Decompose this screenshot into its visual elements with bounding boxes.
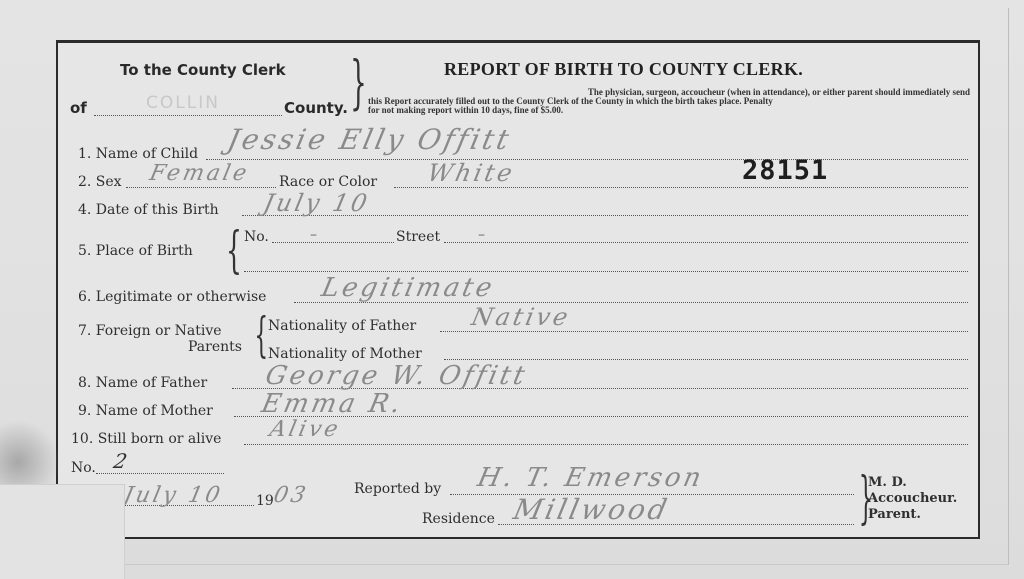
house-number-value: – <box>310 227 317 243</box>
mother-nationality-label: Nationality of Mother <box>268 346 422 362</box>
sex-line <box>126 187 276 188</box>
record-number-label: No. <box>71 460 96 476</box>
place-brace: { <box>226 225 242 275</box>
overlapping-paper-corner <box>0 484 125 579</box>
sex-value: Female <box>147 161 251 186</box>
reported-by-value: H. T. Emerson <box>475 463 707 493</box>
county-line <box>94 115 282 116</box>
report-title: REPORT OF BIRTH TO COUNTY CLERK. <box>444 59 803 80</box>
still-born-line <box>244 444 968 445</box>
place-second-line <box>244 271 968 272</box>
residence-label: Residence <box>422 511 495 527</box>
race-value: White <box>425 159 518 187</box>
still-born-label: 10. Still born or alive <box>71 431 221 447</box>
street-value: – <box>478 227 485 243</box>
report-date-value: July 10 <box>121 483 225 508</box>
header-brace: } <box>350 53 367 111</box>
race-line <box>394 187 968 188</box>
of-label: of <box>70 99 87 117</box>
to-county-clerk-label: To the County Clerk <box>120 61 286 79</box>
place-of-birth-label: 5. Place of Birth <box>78 243 193 259</box>
father-nationality-label: Nationality of Father <box>268 318 416 334</box>
reported-by-label: Reported by <box>354 481 441 497</box>
still-born-value: Alive <box>267 417 343 442</box>
father-nationality-value: Native <box>469 303 573 331</box>
mother-name-value: Emma R. <box>259 389 406 419</box>
house-number-label: No. <box>244 229 269 245</box>
father-name-label: 8. Name of Father <box>78 375 207 391</box>
year-suffix-value: 03 <box>271 483 310 508</box>
role-parent: Parent. <box>868 507 921 522</box>
street-label: Street <box>396 229 440 245</box>
birth-report-form: To the County Clerk of COLLIN County. } … <box>56 40 980 539</box>
record-number-line <box>96 473 224 474</box>
residence-value: Millwood <box>510 493 672 526</box>
child-name-line <box>206 159 968 160</box>
legitimate-label: 6. Legitimate or otherwise <box>78 289 266 305</box>
child-name-value: Jessie Elly Offitt <box>224 123 514 156</box>
race-label: Race or Color <box>279 174 377 190</box>
parents-label-line-2: Parents <box>188 339 242 355</box>
street-line <box>444 242 968 243</box>
parents-label-line-1: 7. Foreign or Native <box>78 323 222 339</box>
child-name-label: 1. Name of Child <box>78 146 198 162</box>
sex-label: 2. Sex <box>78 174 122 190</box>
role-accoucheur: Accoucheur. <box>868 491 957 506</box>
serial-number: 28151 <box>742 155 828 186</box>
role-md: M. D. <box>868 475 907 490</box>
paper-shadow <box>0 420 60 490</box>
record-number-value: 2 <box>111 449 132 473</box>
house-number-line <box>272 242 394 243</box>
legitimate-value: Legitimate <box>319 273 498 303</box>
father-name-value: George W. Offitt <box>263 361 530 391</box>
notice-line-3: for not making report within 10 days, fi… <box>368 106 563 115</box>
birth-date-label: 4. Date of this Birth <box>78 202 219 218</box>
mother-name-label: 9. Name of Mother <box>78 403 213 419</box>
father-nationality-line <box>440 331 968 332</box>
birth-date-value: July 10 <box>261 189 372 217</box>
parents-brace: { <box>254 311 268 359</box>
mother-nationality-line <box>444 359 968 360</box>
county-label: County. <box>284 99 348 117</box>
county-value: COLLIN <box>146 93 220 113</box>
